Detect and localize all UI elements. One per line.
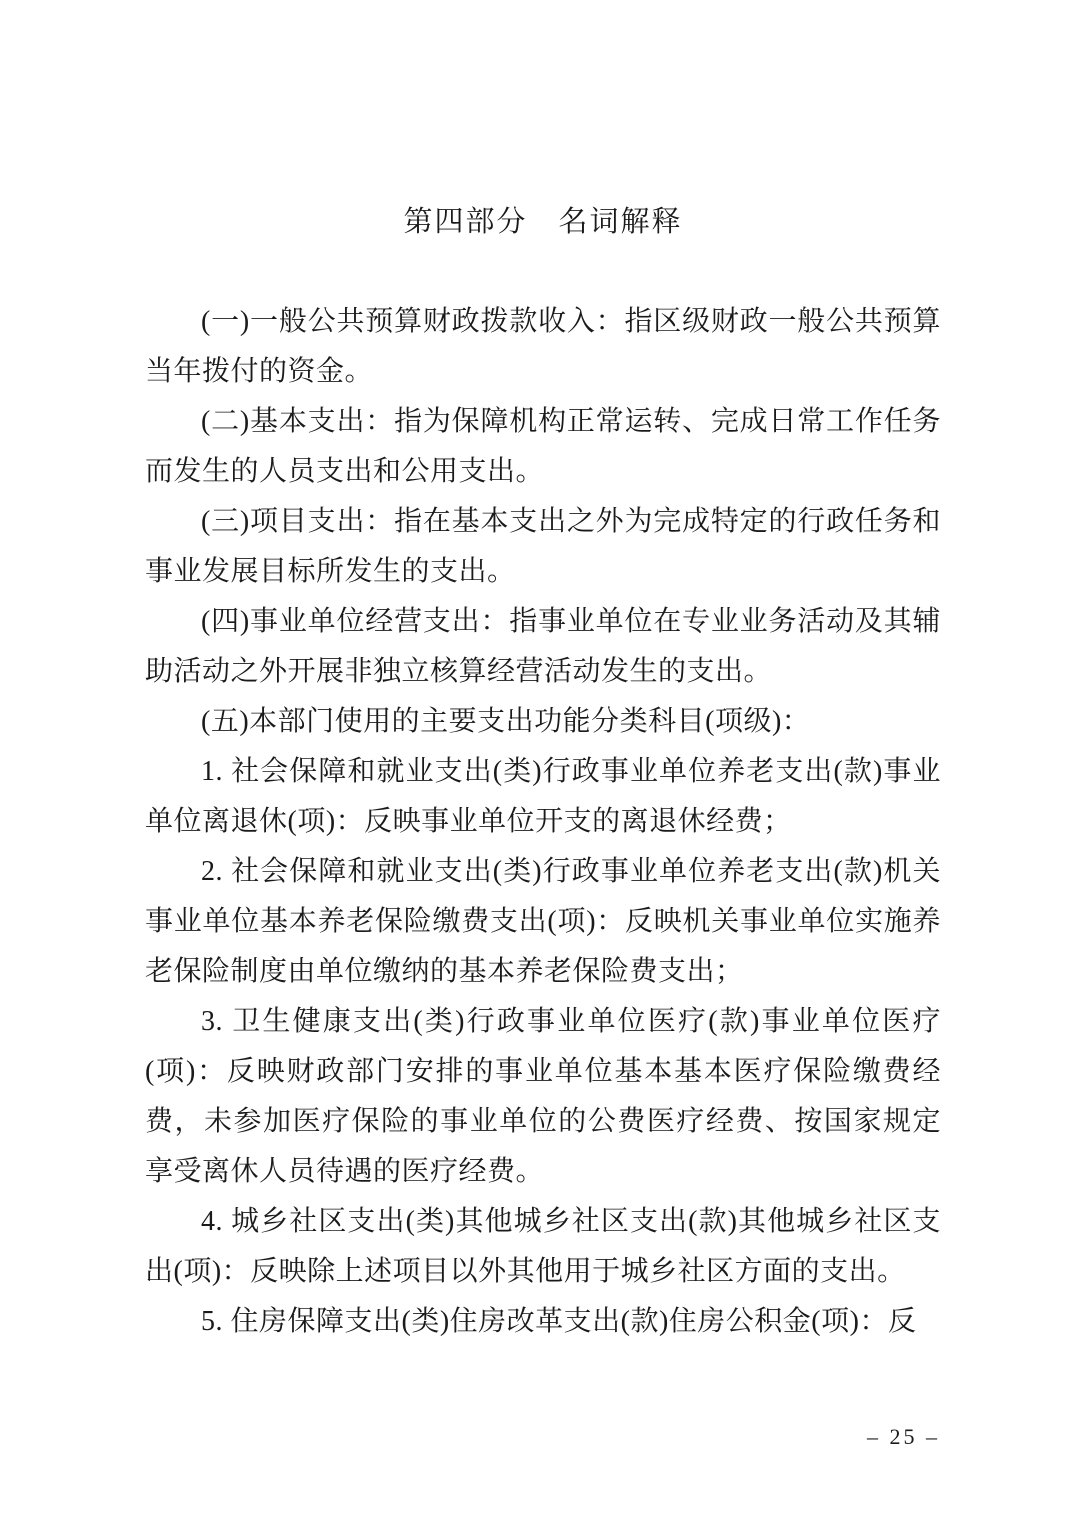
paragraph-item-5-truncated: 5. 住房保障支出(类)住房改革支出(款)住房公积金(项)：反 (145, 1297, 941, 1347)
paragraph-definition-5: (五)本部门使用的主要支出功能分类科目(项级)： (145, 697, 941, 747)
document-page: 第四部分 名词解释 (一)一般公共预算财政拨款收入：指区级财政一般公共预算当年拨… (0, 0, 1074, 1520)
section-title: 第四部分 名词解释 (145, 197, 941, 247)
document-body: 第四部分 名词解释 (一)一般公共预算财政拨款收入：指区级财政一般公共预算当年拨… (145, 197, 941, 1347)
paragraph-definition-4: (四)事业单位经营支出：指事业单位在专业业务活动及其辅助活动之外开展非独立核算经… (145, 597, 941, 697)
paragraph-definition-2: (二)基本支出：指为保障机构正常运转、完成日常工作任务而发生的人员支出和公用支出… (145, 397, 941, 497)
paragraph-item-4: 4. 城乡社区支出(类)其他城乡社区支出(款)其他城乡社区支出(项)：反映除上述… (145, 1197, 941, 1297)
paragraph-item-3: 3. 卫生健康支出(类)行政事业单位医疗(款)事业单位医疗(项)：反映财政部门安… (145, 997, 941, 1197)
paragraph-item-2: 2. 社会保障和就业支出(类)行政事业单位养老支出(款)机关事业单位基本养老保险… (145, 847, 941, 997)
paragraph-definition-1: (一)一般公共预算财政拨款收入：指区级财政一般公共预算当年拨付的资金。 (145, 297, 941, 397)
page-number: – 25 – (867, 1424, 940, 1450)
paragraph-definition-3: (三)项目支出：指在基本支出之外为完成特定的行政任务和事业发展目标所发生的支出。 (145, 497, 941, 597)
paragraph-item-1: 1. 社会保障和就业支出(类)行政事业单位养老支出(款)事业单位离退休(项)：反… (145, 747, 941, 847)
